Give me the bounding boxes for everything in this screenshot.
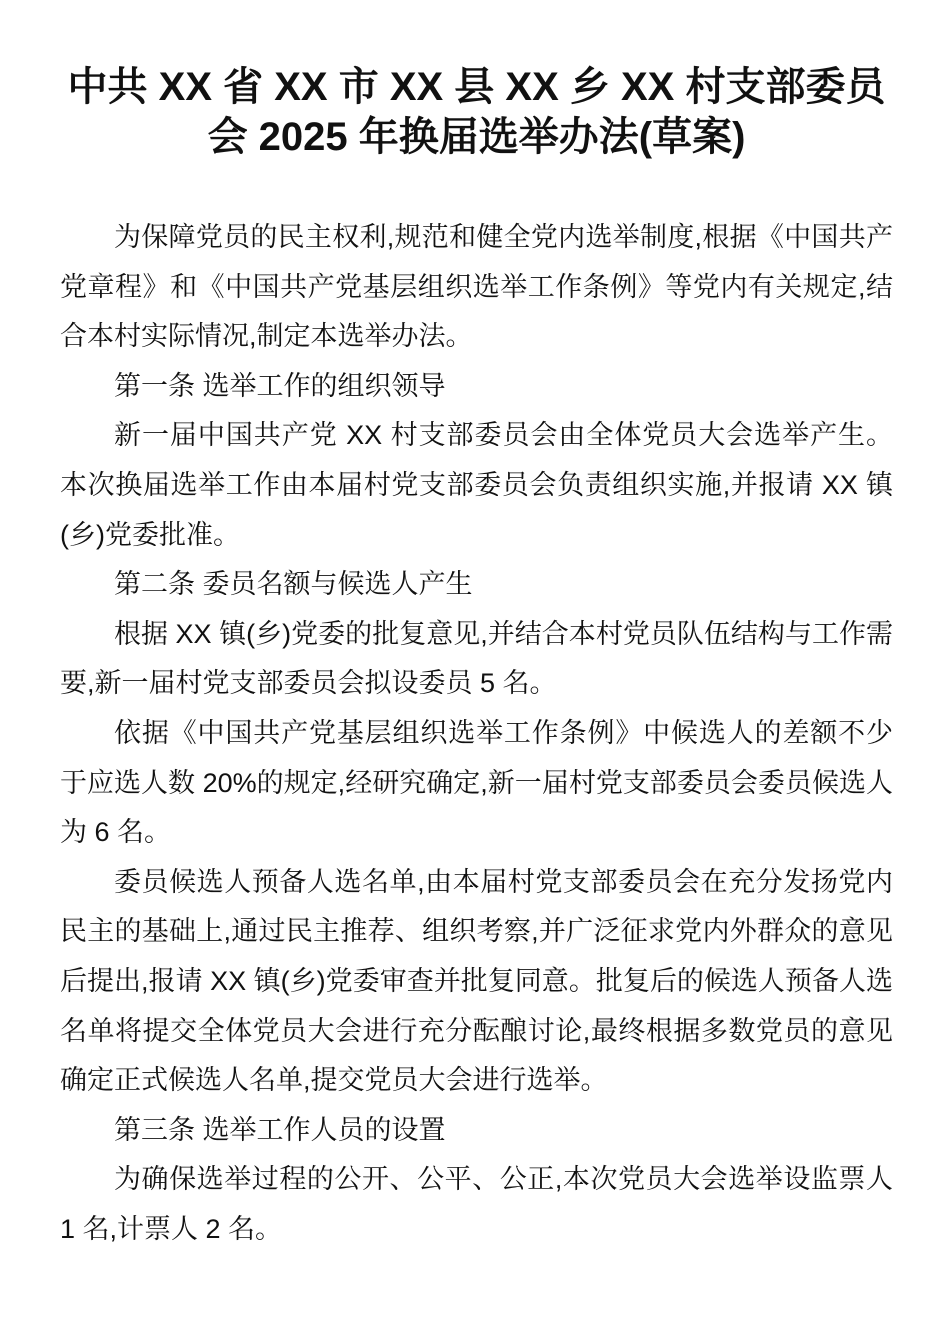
paragraph-preamble: 为保障党员的民主权利,规范和健全党内选举制度,根据《中国共产党章程》和《中国共产…: [60, 213, 893, 362]
paragraph-article-2-candidate-count: 依据《中国共产党基层组织选举工作条例》中候选人的差额不少于应选人数 20%的规定…: [60, 709, 893, 858]
section-heading-article-2: 第二条 委员名额与候选人产生: [60, 560, 893, 610]
paragraph-article-3-body: 为确保选举过程的公开、公平、公正,本次党员大会选举设监票人 1 名,计票人 2 …: [60, 1155, 893, 1254]
section-heading-article-1: 第一条 选举工作的组织领导: [60, 362, 893, 412]
paragraph-article-2-nomination-process: 委员候选人预备人选名单,由本届村党支部委员会在充分发扬党内民主的基础上,通过民主…: [60, 858, 893, 1106]
document-title: 中共 XX 省 XX 市 XX 县 XX 乡 XX 村支部委员会 2025 年换…: [60, 62, 893, 162]
paragraph-article-2-quota: 根据 XX 镇(乡)党委的批复意见,并结合本村党员队伍结构与工作需要,新一届村党…: [60, 610, 893, 709]
document-body: 为保障党员的民主权利,规范和健全党内选举制度,根据《中国共产党章程》和《中国共产…: [60, 213, 893, 1254]
paragraph-article-1-body: 新一届中国共产党 XX 村支部委员会由全体党员大会选举产生。本次换届选举工作由本…: [60, 411, 893, 560]
document-page: 中共 XX 省 XX 市 XX 县 XX 乡 XX 村支部委员会 2025 年换…: [0, 0, 950, 1344]
section-heading-article-3: 第三条 选举工作人员的设置: [60, 1106, 893, 1156]
